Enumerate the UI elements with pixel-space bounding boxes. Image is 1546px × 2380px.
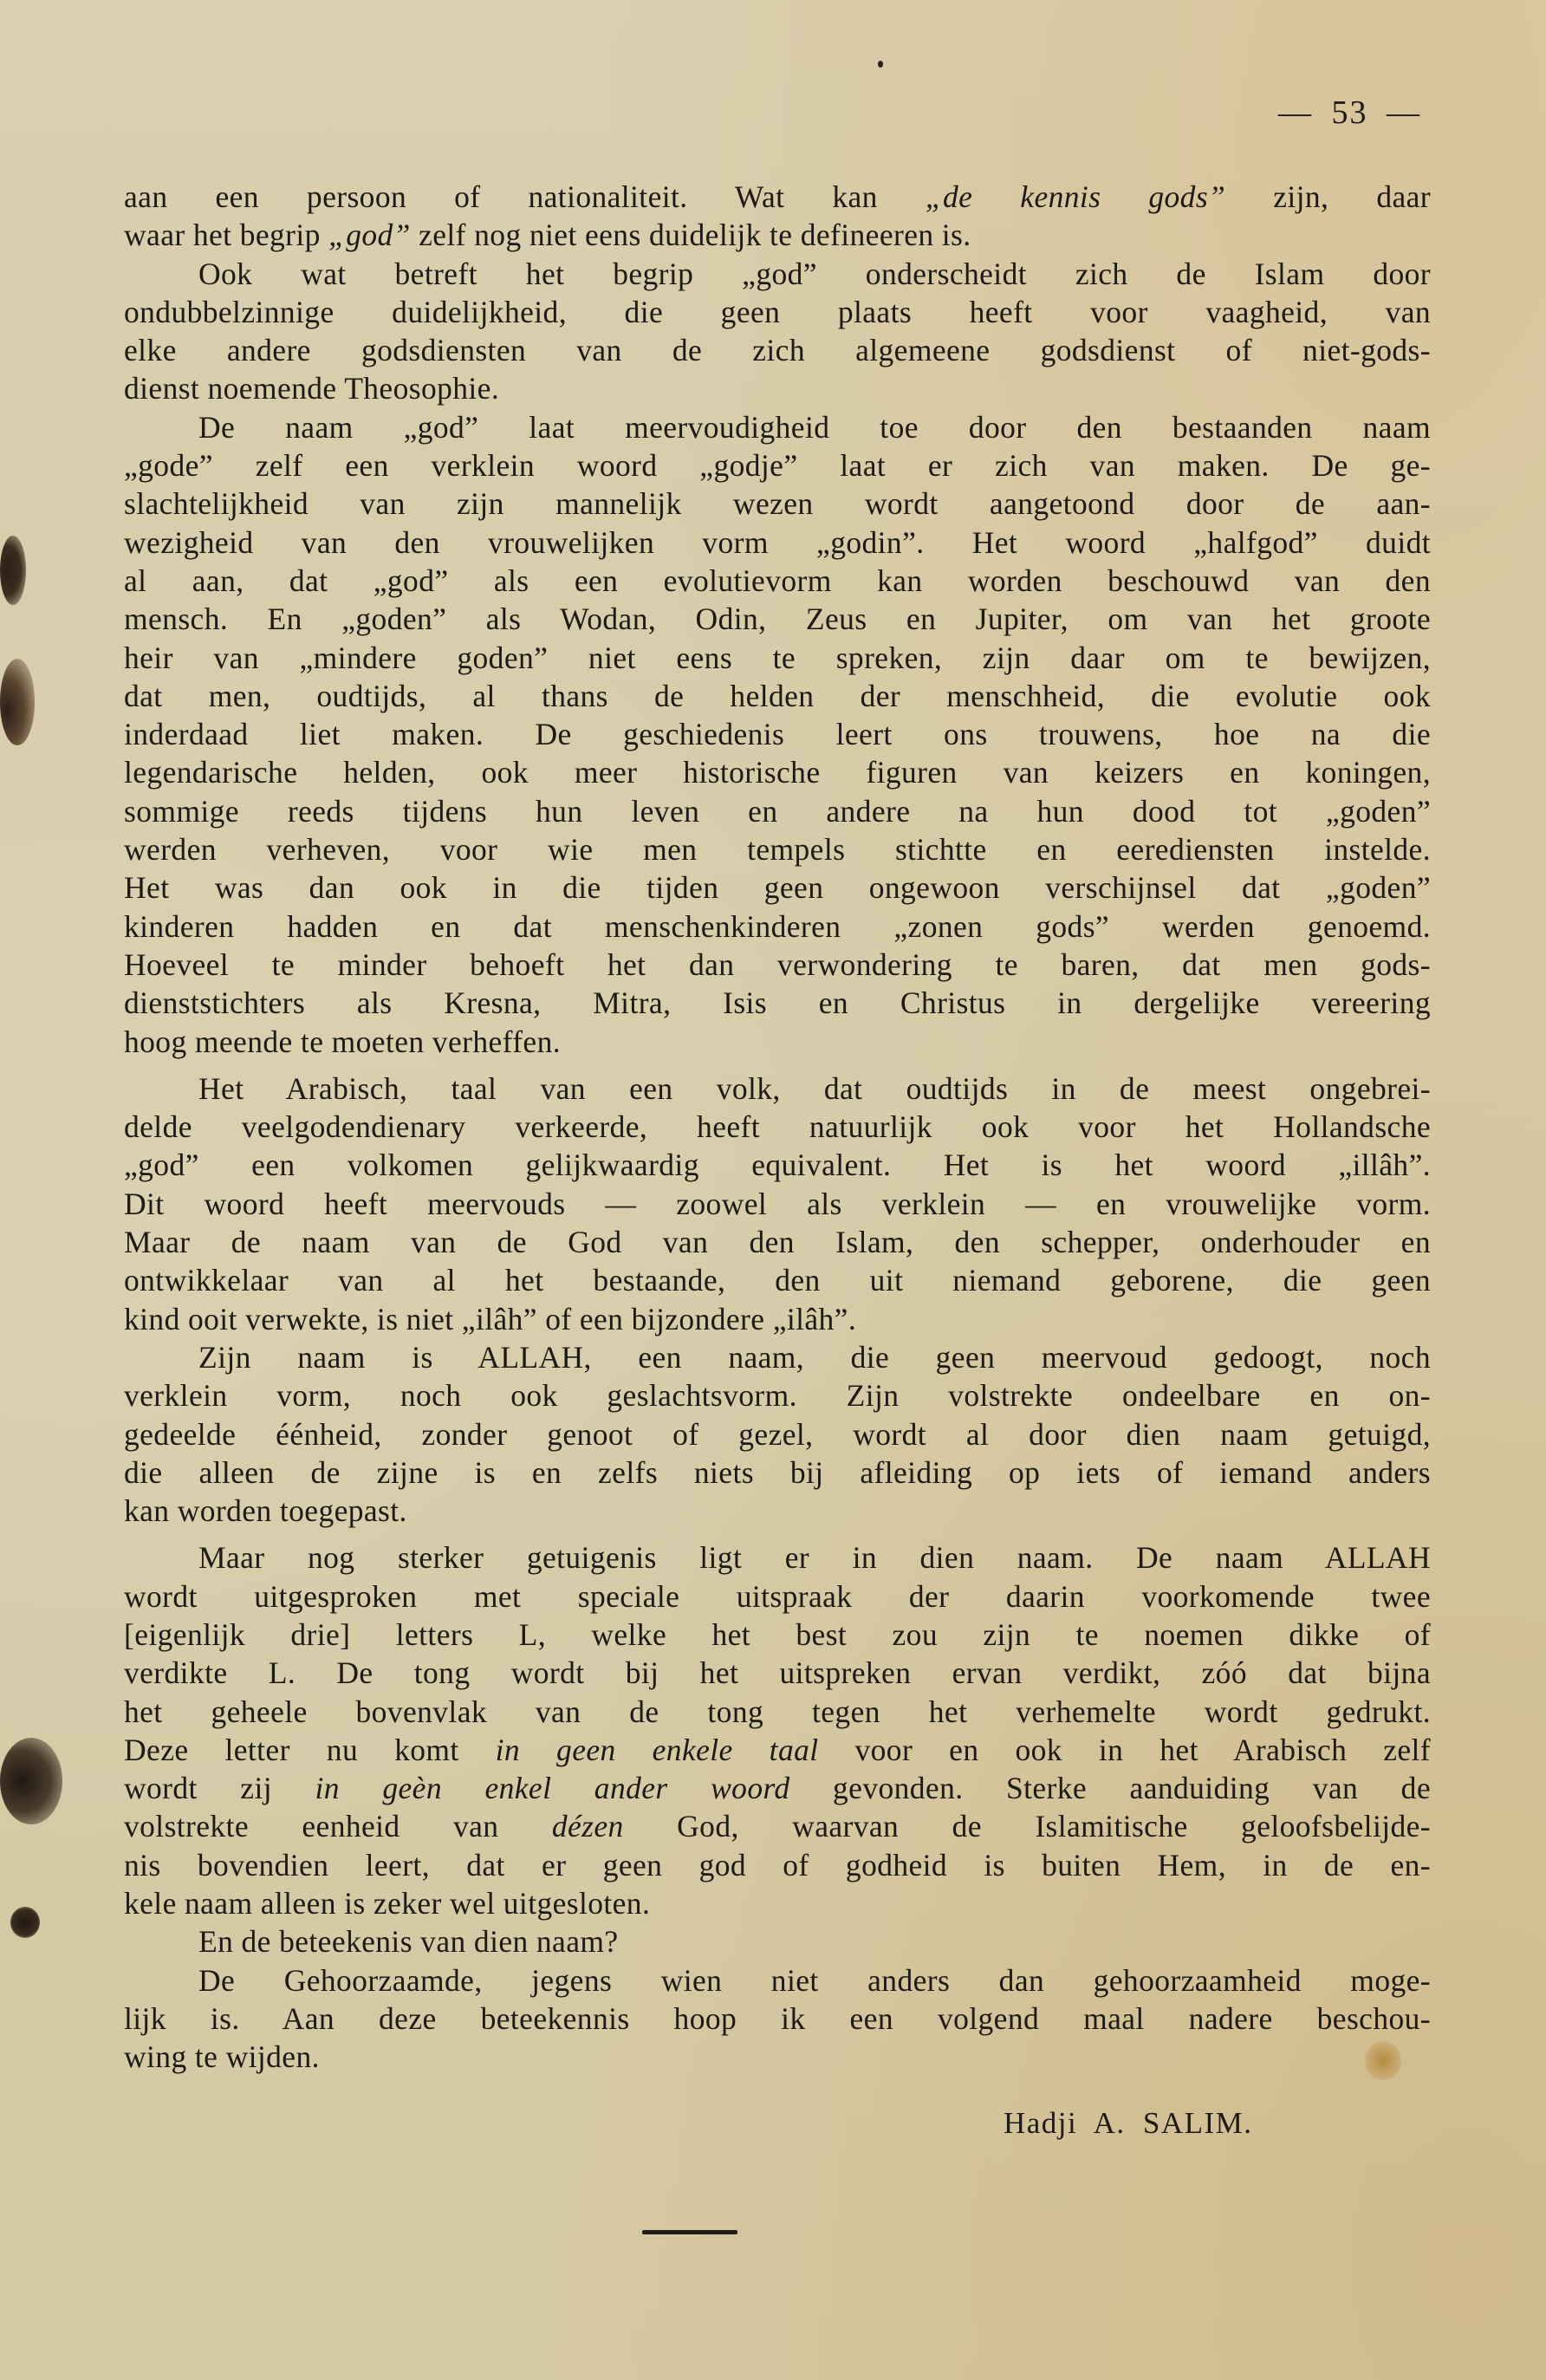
closing-rule	[642, 2230, 737, 2234]
text-line: wordt zij in geèn enkel ander woord gevo…	[124, 1769, 1431, 1807]
binding-hole-stain	[0, 536, 26, 605]
text-line: Ook wat betreft het begrip „god” ondersc…	[124, 255, 1431, 293]
text-line: sommige reeds tijdens hun leven en ander…	[124, 792, 1431, 830]
text-line: [eigenlijk drie] letters L, welke het be…	[124, 1616, 1431, 1654]
text-line: gedeelde éénheid, zonder genoot of gezel…	[124, 1415, 1431, 1453]
text-line: werden verheven, voor wie men tempels st…	[124, 830, 1431, 868]
text-line: nis bovendien leert, dat er geen god of …	[124, 1846, 1431, 1884]
text-line: ondubbelzinnige duidelijkheid, die geen …	[124, 293, 1431, 331]
text-line: De Gehoorzaamde, jegens wien niet anders…	[124, 1961, 1431, 2000]
page-number: — 53 —	[1278, 94, 1421, 132]
paragraph: Ook wat betreft het begrip „god” ondersc…	[124, 255, 1431, 408]
text-line: waar het begrip „god” zelf nog niet eens…	[124, 216, 1431, 254]
paragraph: Zijn naam is ALLAH, een naam, die geen m…	[124, 1338, 1431, 1530]
paragraph: Het Arabisch, taal van een volk, dat oud…	[124, 1070, 1431, 1338]
text-line: Zijn naam is ALLAH, een naam, die geen m…	[124, 1338, 1431, 1376]
text-line: verklein vorm, noch ook geslachtsvorm. Z…	[124, 1376, 1431, 1414]
paragraph: aan een persoon of nationaliteit. Wat ka…	[124, 178, 1431, 255]
text-line: legendarische helden, ook meer historisc…	[124, 753, 1431, 791]
text-line: Maar de naam van de God van den Islam, d…	[124, 1223, 1431, 1261]
text-line: al aan, dat „god” als een evolutievorm k…	[124, 562, 1431, 600]
text-line: Dit woord heeft meervouds — zoowel als v…	[124, 1185, 1431, 1223]
text-line: „god” een volkomen gelijkwaardig equival…	[124, 1146, 1431, 1184]
paragraph: De Gehoorzaamde, jegens wien niet anders…	[124, 1961, 1431, 2077]
text-line: hoog meende te moeten verheffen.	[124, 1023, 1431, 1061]
text-line: En de beteekenis van dien naam?	[124, 1922, 1431, 1961]
article-body: aan een persoon of nationaliteit. Wat ka…	[124, 178, 1431, 2077]
paragraph: De naam „god” laat meervoudigheid toe do…	[124, 408, 1431, 1061]
text-line: De naam „god” laat meervoudigheid toe do…	[124, 408, 1431, 446]
text-line: slachtelijkheid van zijn mannelijk wezen…	[124, 484, 1431, 523]
text-line: kele naam alleen is zeker wel uitgeslote…	[124, 1884, 1431, 1922]
author-signature: Hadji A. SALIM.	[1004, 2106, 1253, 2141]
text-line: ontwikkelaar van al het bestaande, den u…	[124, 1261, 1431, 1299]
text-line: kinderen hadden en dat menschenkinderen …	[124, 907, 1431, 946]
text-line: kind ooit verwekte, is niet „ilâh” of ee…	[124, 1300, 1431, 1338]
italic-phrase: in geen enkele taal	[496, 1733, 819, 1767]
italic-phrase: „god”	[328, 218, 411, 252]
ink-speck	[878, 61, 883, 68]
text-line: Het was dan ook in die tijden geen ongew…	[124, 868, 1431, 907]
italic-phrase: dézen	[552, 1809, 624, 1844]
italic-phrase: „de kennis gods”	[926, 179, 1225, 214]
binding-hole-stain	[0, 659, 35, 745]
paragraph: Maar nog sterker getuigenis ligt er in d…	[124, 1538, 1431, 1922]
text-line: dat men, oudtijds, al thans de helden de…	[124, 677, 1431, 715]
text-line: Deze letter nu komt in geen enkele taal …	[124, 1731, 1431, 1769]
binding-hole-stain	[0, 1738, 62, 1824]
binding-hole-stain	[10, 1907, 40, 1938]
text-line: dienststichters als Kresna, Mitra, Isis …	[124, 984, 1431, 1022]
text-line: het geheele bovenvlak van de tong tegen …	[124, 1693, 1431, 1731]
text-line: verdikte L. De tong wordt bij het uitspr…	[124, 1654, 1431, 1692]
italic-phrase: in geèn enkel ander woord	[315, 1771, 789, 1805]
text-line: elke andere godsdiensten van de zich alg…	[124, 331, 1431, 369]
text-line: wordt uitgesproken met speciale uitspraa…	[124, 1577, 1431, 1616]
text-line: delde veelgodendienary verkeerde, heeft …	[124, 1108, 1431, 1146]
paragraph: En de beteekenis van dien naam?	[124, 1922, 1431, 1961]
text-line: lijk is. Aan deze beteekennis hoop ik ee…	[124, 2000, 1431, 2038]
text-line: kan worden toegepast.	[124, 1492, 1431, 1530]
text-line: wing te wijden.	[124, 2038, 1431, 2076]
text-line: inderdaad liet maken. De geschiedenis le…	[124, 715, 1431, 753]
text-line: heir van „mindere goden” niet eens te sp…	[124, 639, 1431, 677]
text-line: dienst noemende Theosophie.	[124, 369, 1431, 407]
text-line: wezigheid van den vrouwelijken vorm „god…	[124, 523, 1431, 562]
text-line: die alleen de zijne is en zelfs niets bi…	[124, 1453, 1431, 1492]
text-line: aan een persoon of nationaliteit. Wat ka…	[124, 178, 1431, 216]
text-line: Het Arabisch, taal van een volk, dat oud…	[124, 1070, 1431, 1108]
text-line: volstrekte eenheid van dézen God, waarva…	[124, 1807, 1431, 1845]
text-line: Hoeveel te minder behoeft het dan verwon…	[124, 946, 1431, 984]
text-line: mensch. En „goden” als Wodan, Odin, Zeus…	[124, 600, 1431, 638]
text-line: Maar nog sterker getuigenis ligt er in d…	[124, 1538, 1431, 1577]
text-line: „gode” zelf een verklein woord „godje” l…	[124, 446, 1431, 484]
